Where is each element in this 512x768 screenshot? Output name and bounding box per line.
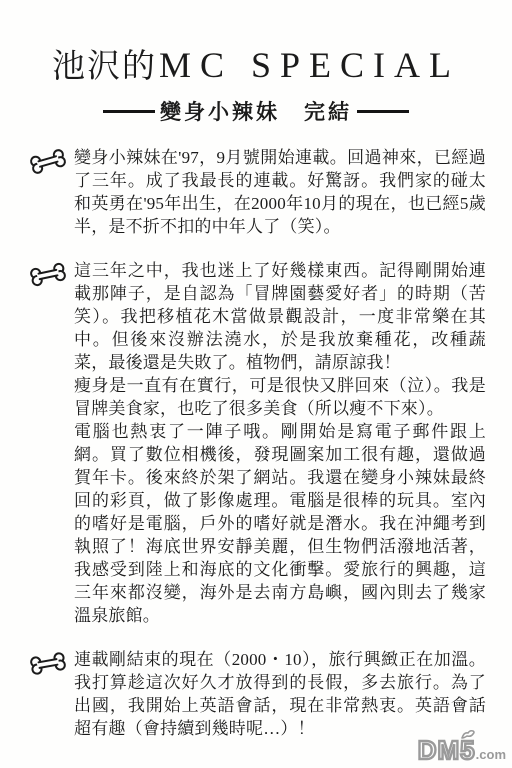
- afterword-section-3: 連載剛結束的現在（2000・10），旅行興緻正在加溫。我打算趁這次好久才放得到的…: [28, 648, 486, 740]
- subtitle-dash-right: [357, 110, 409, 113]
- dm5-watermark: DM5.com: [418, 737, 506, 763]
- page-title: 池沢的MC SPECIAL: [0, 40, 512, 87]
- paragraph: 連載剛結束的現在（2000・10），旅行興緻正在加溫。我打算趁這次好久才放得到的…: [74, 648, 486, 740]
- section-body: 變身小辣妹在'97，9月號開始連載。回過神來，已經過了三年。成了我最長的連載。好…: [74, 146, 486, 238]
- dm5-mascot-icon: [460, 728, 476, 744]
- title-cjk: 池沢的: [52, 49, 157, 85]
- section-body: 連載剛結束的現在（2000・10），旅行興緻正在加溫。我打算趁這次好久才放得到的…: [74, 648, 486, 740]
- section-body: 這三年之中，我也迷上了好幾樣東西。記得剛開始連載那陣子，是自認為「冒牌園藝愛好者…: [74, 259, 486, 627]
- dm5-logo-suffix: .com: [476, 747, 506, 762]
- afterword-section-1: 變身小辣妹在'97，9月號開始連載。回過神來，已經過了三年。成了我最長的連載。好…: [28, 146, 486, 238]
- bone-icon: [28, 648, 74, 740]
- bone-icon: [28, 146, 74, 238]
- title-latin: MC SPECIAL: [159, 45, 460, 85]
- paragraph: 電腦也熱衷了一陣子哦。剛開始是寫電子郵件跟上網。買了數位相機後，發現圖案加工很有…: [74, 420, 486, 627]
- afterword-content: 變身小辣妹在'97，9月號開始連載。回過神來，已經過了三年。成了我最長的連載。好…: [28, 146, 486, 761]
- scanned-afterword-page: 池沢的MC SPECIAL 變身小辣妹 完結: [0, 0, 512, 768]
- paragraph: 這三年之中，我也迷上了好幾樣東西。記得剛開始連載那陣子，是自認為「冒牌園藝愛好者…: [74, 259, 486, 374]
- subtitle-dash-left: [103, 110, 155, 113]
- bone-icon: [28, 259, 74, 627]
- paragraph: 瘦身是一直有在實行，可是很快又胖回來（泣）。我是冒牌美食家，也吃了很多美食（所以…: [74, 374, 486, 420]
- subtitle-text: 變身小辣妹 完結: [160, 96, 352, 126]
- paragraph: 變身小辣妹在'97，9月號開始連載。回過神來，已經過了三年。成了我最長的連載。好…: [74, 146, 486, 238]
- page-subtitle: 變身小辣妹 完結: [0, 96, 512, 126]
- afterword-section-2: 這三年之中，我也迷上了好幾樣東西。記得剛開始連載那陣子，是自認為「冒牌園藝愛好者…: [28, 259, 486, 627]
